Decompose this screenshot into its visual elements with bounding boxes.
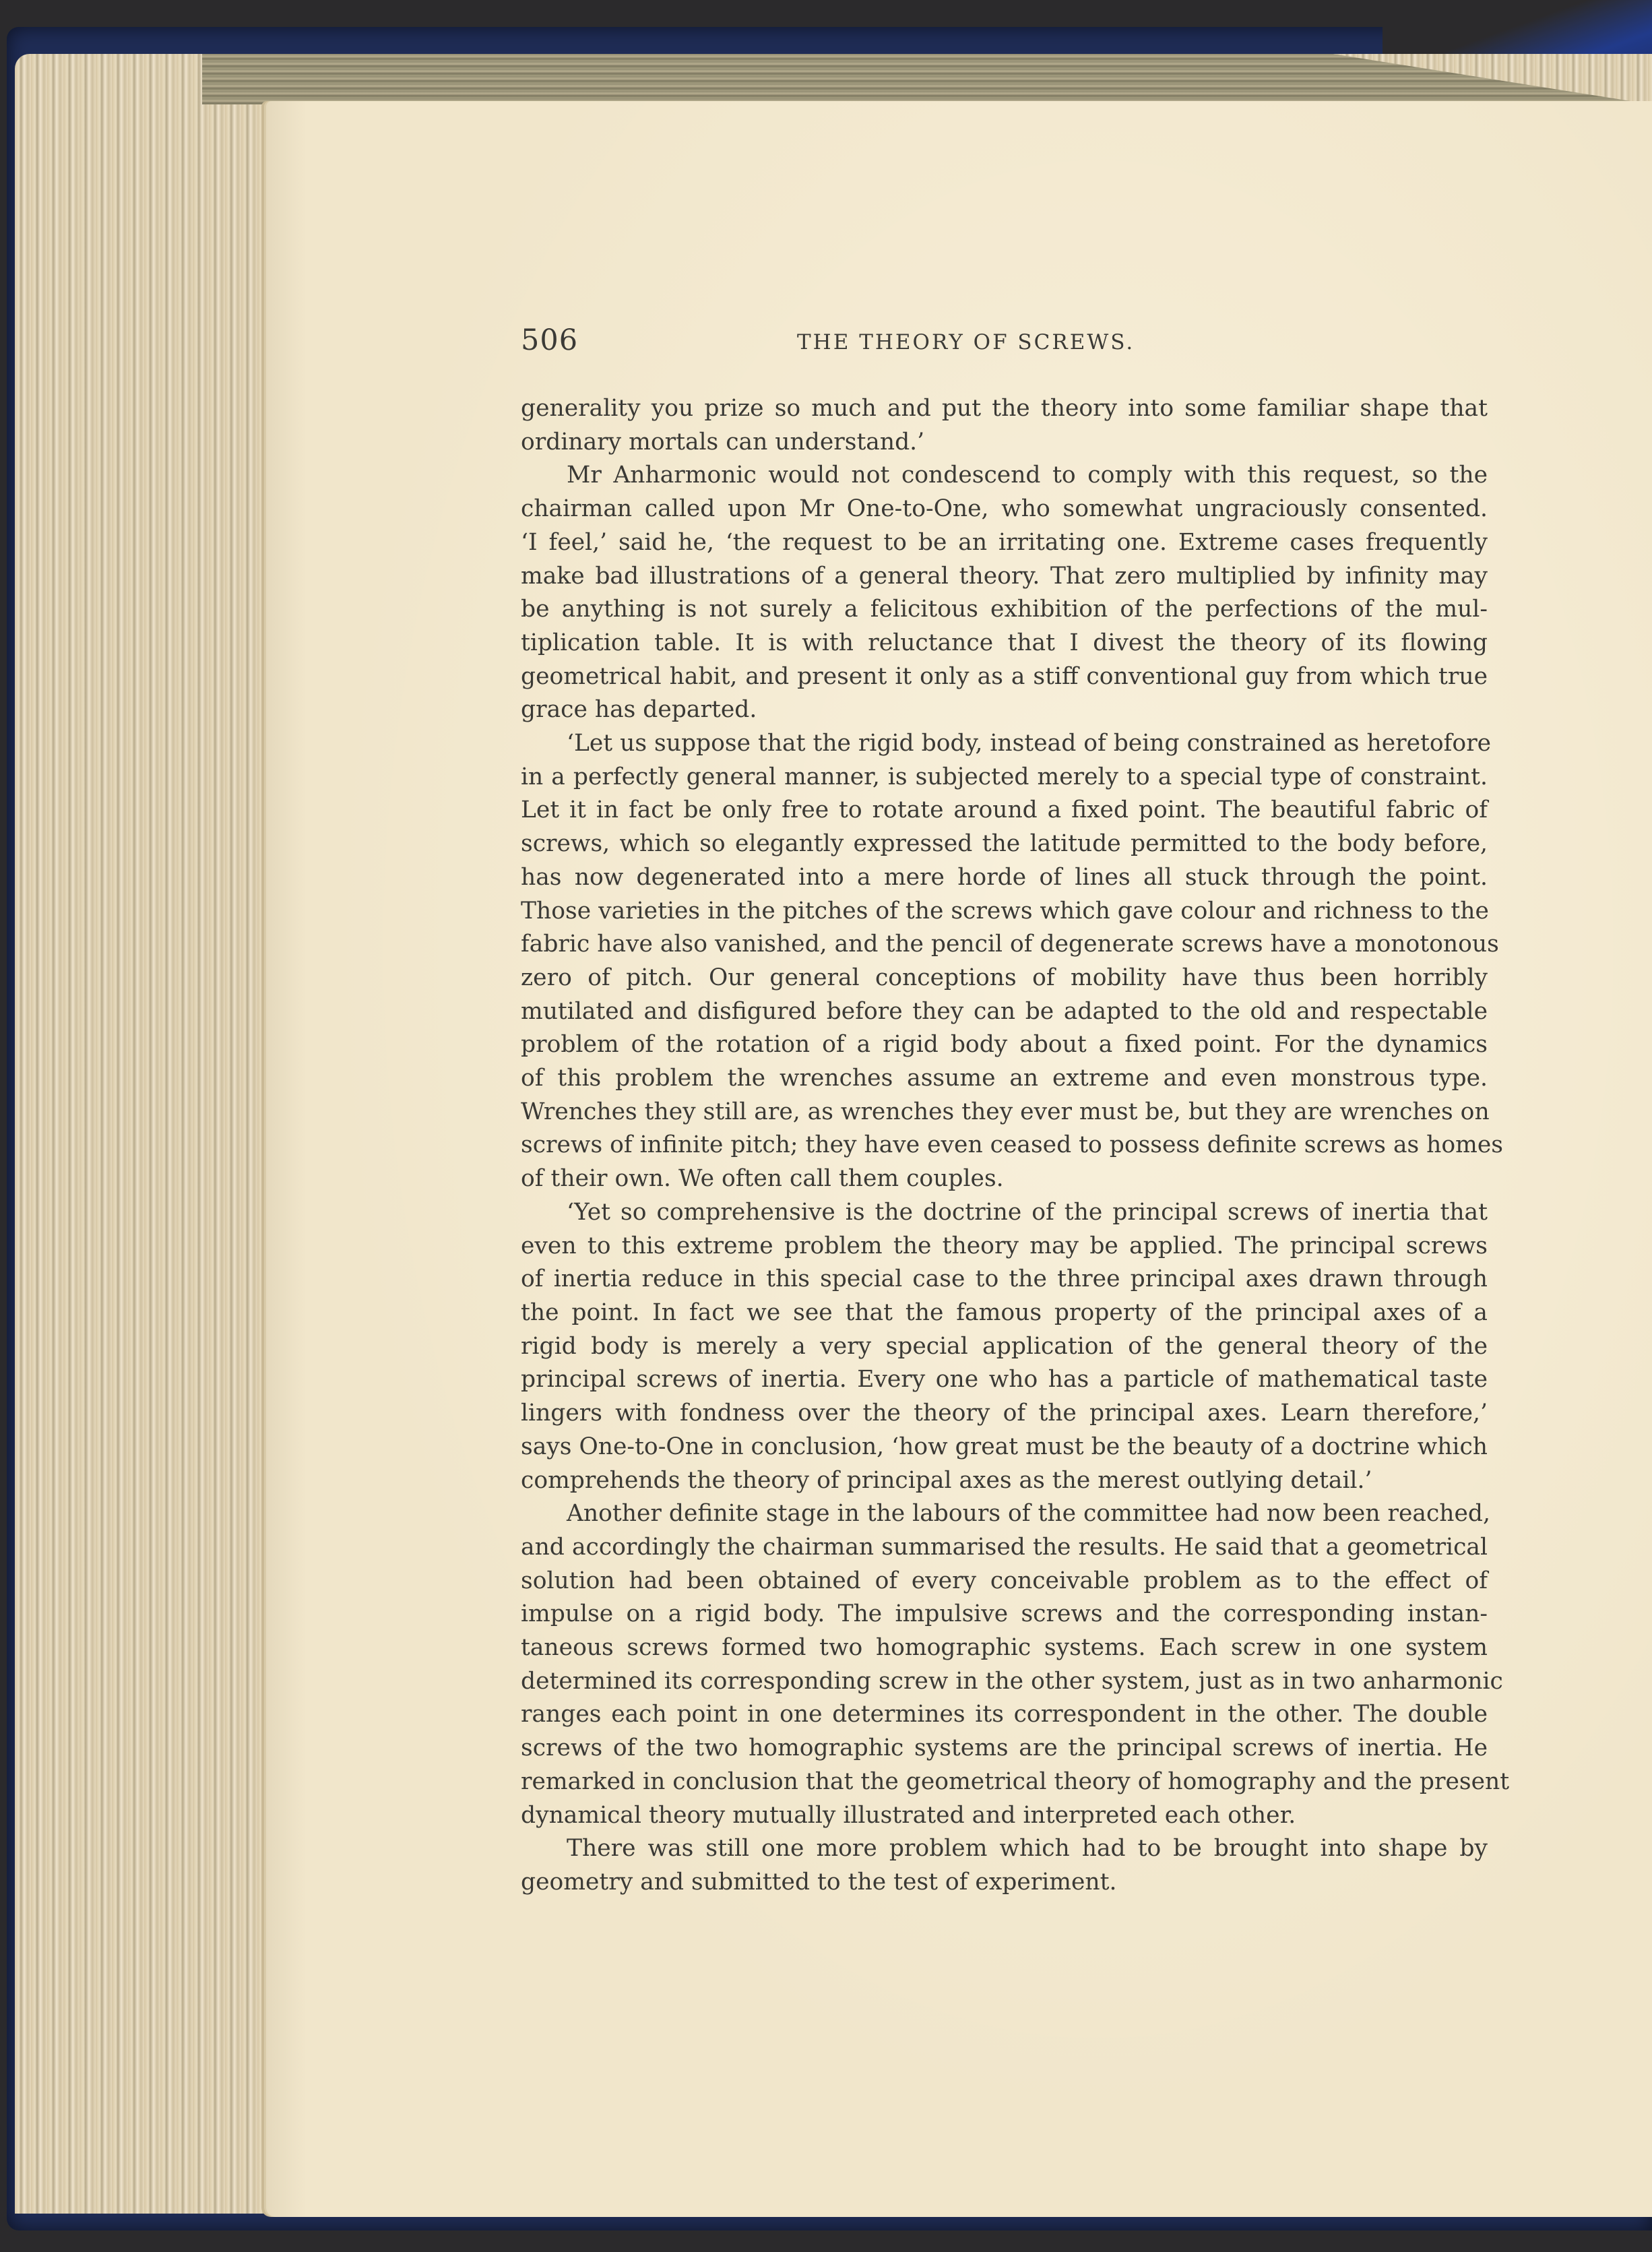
text-line: grace has departed. — [521, 693, 1488, 727]
text-line: be anything is not surely a felicitous e… — [521, 593, 1488, 627]
text-line: says One-to-One in conclusion, ‘how grea… — [521, 1431, 1488, 1464]
text-line: determined its corresponding screw in th… — [521, 1665, 1488, 1699]
text-line: chairman called upon Mr One-to-One, who … — [521, 493, 1488, 526]
text-line: impulse on a rigid body. The impulsive s… — [521, 1598, 1488, 1631]
page-header: 506 THE THEORY OF SCREWS. — [521, 323, 1494, 364]
text-line: zero of pitch. Our general conceptions o… — [521, 962, 1488, 995]
text-line: remarked in conclusion that the geometri… — [521, 1765, 1488, 1799]
text-line: generality you prize so much and put the… — [521, 392, 1488, 426]
running-title: THE THEORY OF SCREWS. — [797, 330, 1135, 354]
text-line: ‘Let us suppose that the rigid body, ins… — [521, 727, 1488, 761]
paragraph-0: generality you prize so much and put the… — [521, 392, 1488, 459]
text-line: Let it in fact be only free to rotate ar… — [521, 794, 1488, 827]
text-line: and accordingly the chairman summarised … — [521, 1531, 1488, 1565]
text-line: Those varieties in the pitches of the sc… — [521, 895, 1488, 929]
text-line: ‘I feel,’ said he, ‘the request to be an… — [521, 526, 1488, 560]
text-line: geometry and submitted to the test of ex… — [521, 1866, 1488, 1900]
paragraph-2: ‘Let us suppose that the rigid body, ins… — [521, 727, 1488, 1196]
text-line: screws, which so elegantly expressed the… — [521, 827, 1488, 861]
text-line: screws of infinite pitch; they have even… — [521, 1129, 1488, 1162]
text-line: make bad illustrations of a general theo… — [521, 560, 1488, 594]
text-line: geometrical habit, and present it only a… — [521, 660, 1488, 694]
page-number: 506 — [521, 323, 578, 357]
text-line: problem of the rotation of a rigid body … — [521, 1028, 1488, 1062]
text-line: screws of the two homographic systems ar… — [521, 1732, 1488, 1765]
text-line: of this problem the wrenches assume an e… — [521, 1062, 1488, 1096]
text-line: even to this extreme problem the theory … — [521, 1230, 1488, 1263]
text-line: fabric have also vanished, and the penci… — [521, 928, 1488, 962]
text-line: There was still one more problem which h… — [521, 1832, 1488, 1866]
text-line: Another definite stage in the labours of… — [521, 1497, 1488, 1531]
text-line: mutilated and disfigured before they can… — [521, 995, 1488, 1029]
paragraph-4: Another definite stage in the labours of… — [521, 1497, 1488, 1832]
text-line: in a perfectly general manner, is subjec… — [521, 761, 1488, 794]
paragraph-1: Mr Anharmonic would not condescend to co… — [521, 459, 1488, 727]
text-line: principal screws of inertia. Every one w… — [521, 1363, 1488, 1397]
paragraph-3: ‘Yet so comprehensive is the doctrine of… — [521, 1196, 1488, 1497]
text-line: ordinary mortals can understand.’ — [521, 426, 1488, 460]
text-line: Wrenches they still are, as wrenches the… — [521, 1096, 1488, 1129]
text-line: rigid body is merely a very special appl… — [521, 1330, 1488, 1364]
text-line: tiplication table. It is with reluctance… — [521, 627, 1488, 660]
text-line: lingers with fondness over the theory of… — [521, 1397, 1488, 1431]
text-line: comprehends the theory of principal axes… — [521, 1464, 1488, 1498]
text-line: of their own. We often call them couples… — [521, 1162, 1488, 1196]
text-line: ranges each point in one determines its … — [521, 1698, 1488, 1732]
text-line: taneous screws formed two homographic sy… — [521, 1631, 1488, 1665]
paragraph-5: There was still one more problem which h… — [521, 1832, 1488, 1899]
body-text: generality you prize so much and put the… — [521, 392, 1488, 1900]
text-line: the point. In fact we see that the famou… — [521, 1296, 1488, 1330]
text-line: Mr Anharmonic would not condescend to co… — [521, 459, 1488, 493]
text-line: has now degenerated into a mere horde of… — [521, 861, 1488, 895]
text-line: dynamical theory mutually illustrated an… — [521, 1799, 1488, 1833]
text-line: solution had been obtained of every conc… — [521, 1565, 1488, 1598]
text-line: of inertia reduce in this special case t… — [521, 1263, 1488, 1296]
text-line: ‘Yet so comprehensive is the doctrine of… — [521, 1196, 1488, 1230]
book-page: 506 THE THEORY OF SCREWS. generality you… — [266, 101, 1652, 2217]
